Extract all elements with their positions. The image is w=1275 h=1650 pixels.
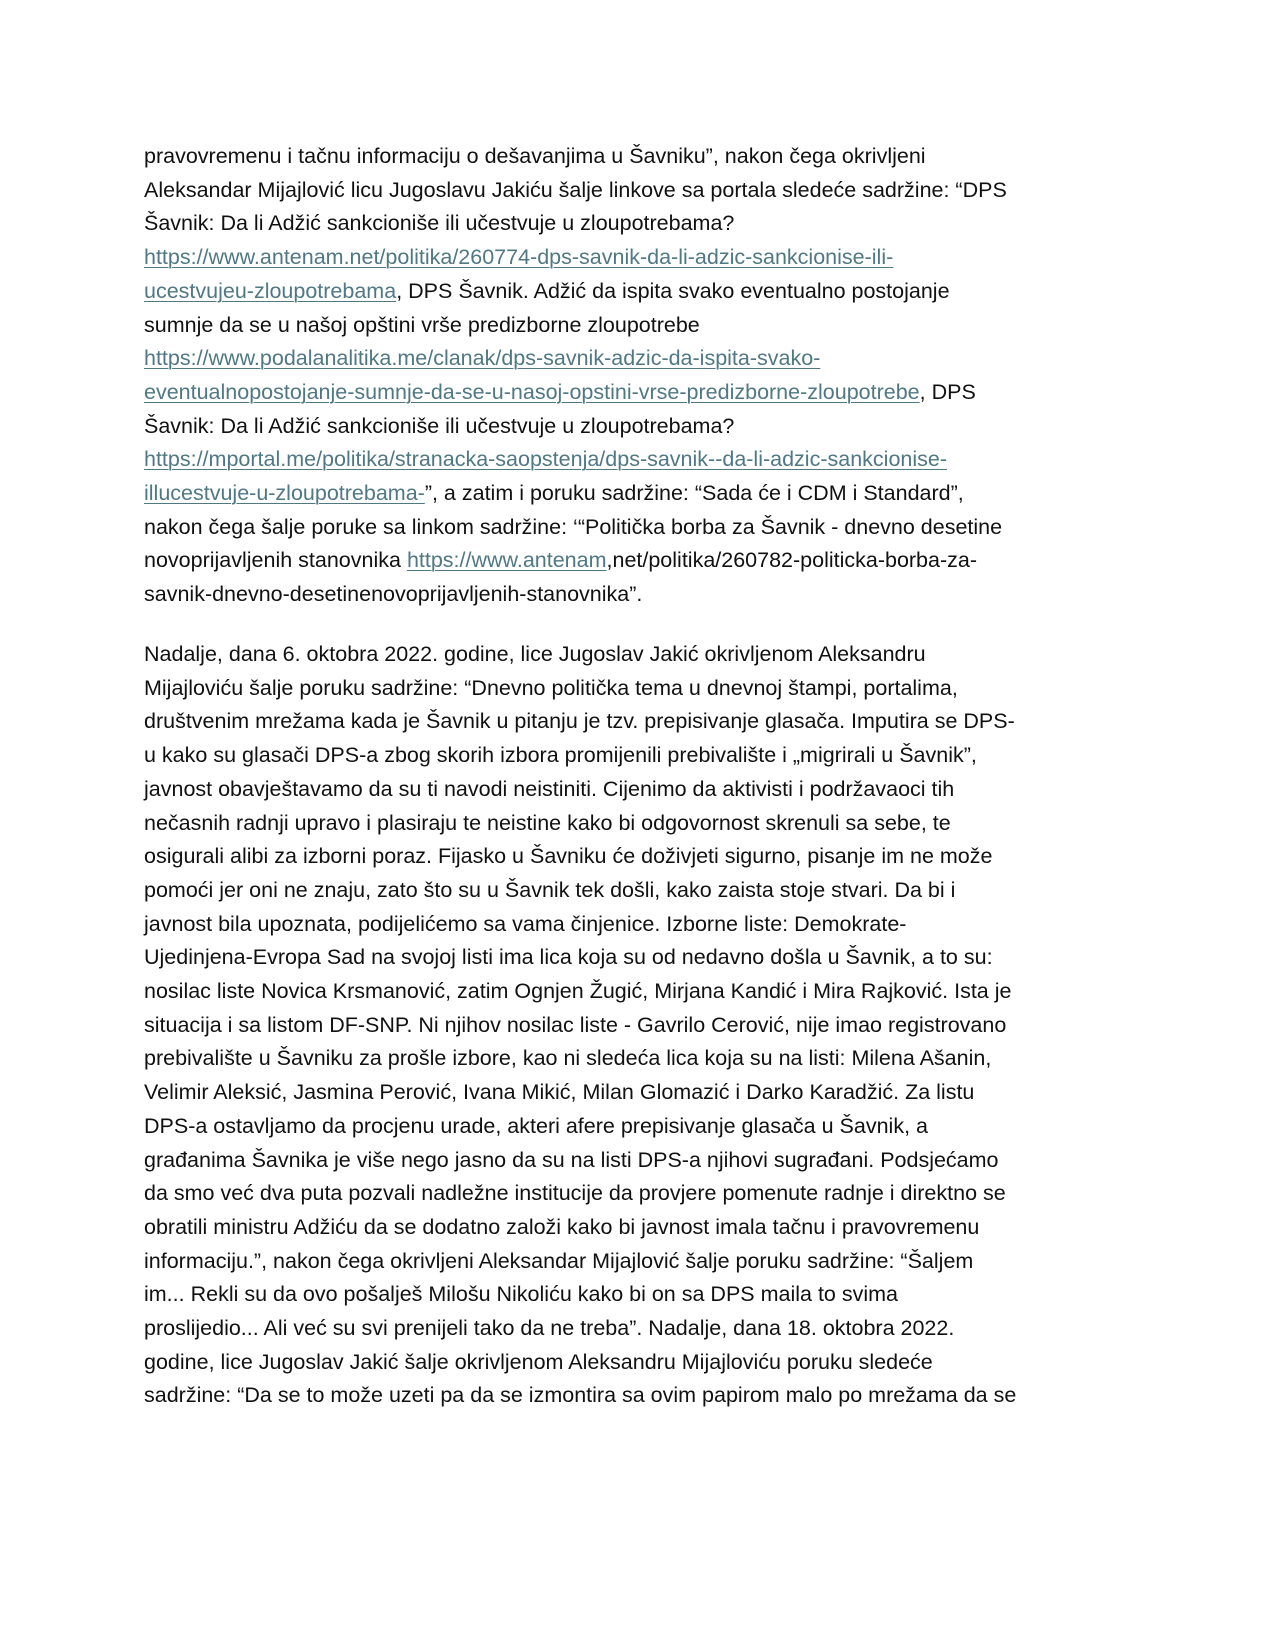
text-segment: situacija i sa listom DF-SNP. Ni njihov … [144, 1013, 1006, 1037]
hyperlink[interactable]: https://mportal.me/politika/stranacka-sa… [144, 447, 947, 471]
text-line: Nadalje, dana 6. oktobra 2022. godine, l… [144, 644, 926, 666]
text-line: https://mportal.me/politika/stranacka-sa… [144, 449, 947, 471]
text-segment: Mijajloviću šalje poruku sadržine: “Dnev… [144, 676, 958, 700]
text-line: informaciju.”, nakon čega okrivljeni Ale… [144, 1251, 973, 1273]
text-segment: ,net/politika/260782-politicka-borba-za- [607, 548, 978, 572]
text-segment: pomoći jer oni ne znaju, zato što su u Š… [144, 878, 955, 902]
text-line: prebivalište u Šavniku za prošle izbore,… [144, 1048, 991, 1070]
hyperlink[interactable]: eventualnopostojanje-sumnje-da-se-u-naso… [144, 380, 920, 404]
text-line: u kako su glasači DPS-a zbog skorih izbo… [144, 745, 977, 767]
text-segment: godine, lice Jugoslav Jakić šalje okrivl… [144, 1350, 933, 1374]
text-segment: osigurali alibi za izborni poraz. Fijask… [144, 844, 992, 868]
hyperlink[interactable]: https://www.podalanalitika.me/clanak/dps… [144, 346, 820, 370]
text-line: eventualnopostojanje-sumnje-da-se-u-naso… [144, 382, 976, 404]
text-segment: nečasnih radnji upravo i plasiraju te ne… [144, 811, 951, 835]
text-segment: , DPS Šavnik. Adžić da ispita svako even… [396, 279, 949, 303]
hyperlink[interactable]: https://www.antenam.net/politika/260774-… [144, 245, 893, 269]
text-segment: ”, a zatim i poruku sadržine: “Sada će i… [425, 481, 964, 505]
text-segment: DPS-a ostavljamo da procjenu urade, akte… [144, 1114, 928, 1138]
text-line: građanima Šavnika je više nego jasno da … [144, 1150, 999, 1172]
text-line: situacija i sa listom DF-SNP. Ni njihov … [144, 1015, 1006, 1037]
text-line: nakon čega šalje poruke sa linkom sadrži… [144, 517, 1002, 539]
text-segment: građanima Šavnika je više nego jasno da … [144, 1148, 999, 1172]
text-line: nosilac liste Novica Krsmanović, zatim O… [144, 981, 1011, 1003]
text-segment: sadržine: “Da se to može uzeti pa da se … [144, 1383, 1016, 1407]
text-segment: društvenim mrežama kada je Šavnik u pita… [144, 709, 1015, 733]
document-page: pravovremenu i tačnu informaciju o dešav… [0, 0, 1275, 1650]
text-segment: informaciju.”, nakon čega okrivljeni Ale… [144, 1249, 973, 1273]
text-line: da smo već dva puta pozvali nadležne ins… [144, 1183, 1006, 1205]
text-line: Velimir Aleksić, Jasmina Perović, Ivana … [144, 1082, 974, 1104]
text-line: ucestvujeu-zloupotrebama, DPS Šavnik. Ad… [144, 281, 950, 303]
text-line: godine, lice Jugoslav Jakić šalje okrivl… [144, 1352, 933, 1374]
text-segment: Nadalje, dana 6. oktobra 2022. godine, l… [144, 642, 926, 666]
text-segment: Aleksandar Mijajlović licu Jugoslavu Jak… [144, 178, 1007, 202]
text-segment: obratili ministru Adžiću da se dodatno z… [144, 1215, 979, 1239]
text-line: sadržine: “Da se to može uzeti pa da se … [144, 1385, 1016, 1407]
text-line: obratili ministru Adžiću da se dodatno z… [144, 1217, 979, 1239]
text-line: javnost bila upoznata, podijelićemo sa v… [144, 914, 906, 936]
text-line: im... Rekli su da ovo pošalješ Milošu Ni… [144, 1284, 898, 1306]
text-line: illucestvuje-u-zloupotrebama-”, a zatim … [144, 483, 964, 505]
text-segment: u kako su glasači DPS-a zbog skorih izbo… [144, 743, 977, 767]
text-line: Ujedinjena-Evropa Sad na svojoj listi im… [144, 947, 993, 969]
hyperlink[interactable]: illucestvuje-u-zloupotrebama- [144, 481, 425, 505]
text-segment: savnik-dnevno-desetinenovoprijavljenih-s… [144, 582, 642, 606]
text-segment: Šavnik: Da li Adžić sankcioniše ili učes… [144, 414, 734, 438]
text-segment: novoprijavljenih stanovnika [144, 548, 407, 572]
text-segment: Šavnik: Da li Adžić sankcioniše ili učes… [144, 211, 734, 235]
text-segment: nosilac liste Novica Krsmanović, zatim O… [144, 979, 1011, 1003]
text-segment: nakon čega šalje poruke sa linkom sadrži… [144, 515, 1002, 539]
text-line: https://www.antenam.net/politika/260774-… [144, 247, 893, 269]
text-line: proslijedio... Ali već su svi prenijeli … [144, 1318, 954, 1340]
text-segment: sumnje da se u našoj opštini vrše prediz… [144, 313, 700, 337]
hyperlink[interactable]: ucestvujeu-zloupotrebama [144, 279, 396, 303]
text-segment: prebivalište u Šavniku za prošle izbore,… [144, 1046, 991, 1070]
text-line: savnik-dnevno-desetinenovoprijavljenih-s… [144, 584, 642, 606]
text-line: nečasnih radnji upravo i plasiraju te ne… [144, 813, 951, 835]
hyperlink[interactable]: https://www.antenam [407, 548, 607, 572]
text-line: društvenim mrežama kada je Šavnik u pita… [144, 711, 1015, 733]
text-segment: proslijedio... Ali već su svi prenijeli … [144, 1316, 954, 1340]
text-segment: da smo već dva puta pozvali nadležne ins… [144, 1181, 1006, 1205]
text-line: pravovremenu i tačnu informaciju o dešav… [144, 146, 926, 168]
text-line: sumnje da se u našoj opštini vrše prediz… [144, 315, 700, 337]
text-segment: Ujedinjena-Evropa Sad na svojoj listi im… [144, 945, 993, 969]
text-segment: javnost obavještavamo da su ti navodi ne… [144, 777, 954, 801]
text-line: javnost obavještavamo da su ti navodi ne… [144, 779, 954, 801]
text-line: Šavnik: Da li Adžić sankcioniše ili učes… [144, 213, 734, 235]
text-line: Šavnik: Da li Adžić sankcioniše ili učes… [144, 416, 734, 438]
text-line: Aleksandar Mijajlović licu Jugoslavu Jak… [144, 180, 1007, 202]
text-line: novoprijavljenih stanovnika https://www.… [144, 550, 977, 572]
text-segment: im... Rekli su da ovo pošalješ Milošu Ni… [144, 1282, 898, 1306]
text-line: Mijajloviću šalje poruku sadržine: “Dnev… [144, 678, 958, 700]
text-line: https://www.podalanalitika.me/clanak/dps… [144, 348, 820, 370]
text-segment: Velimir Aleksić, Jasmina Perović, Ivana … [144, 1080, 974, 1104]
text-segment: pravovremenu i tačnu informaciju o dešav… [144, 144, 926, 168]
text-segment: javnost bila upoznata, podijelićemo sa v… [144, 912, 906, 936]
text-segment: , DPS [920, 380, 976, 404]
text-line: pomoći jer oni ne znaju, zato što su u Š… [144, 880, 955, 902]
text-line: DPS-a ostavljamo da procjenu urade, akte… [144, 1116, 928, 1138]
text-line: osigurali alibi za izborni poraz. Fijask… [144, 846, 992, 868]
